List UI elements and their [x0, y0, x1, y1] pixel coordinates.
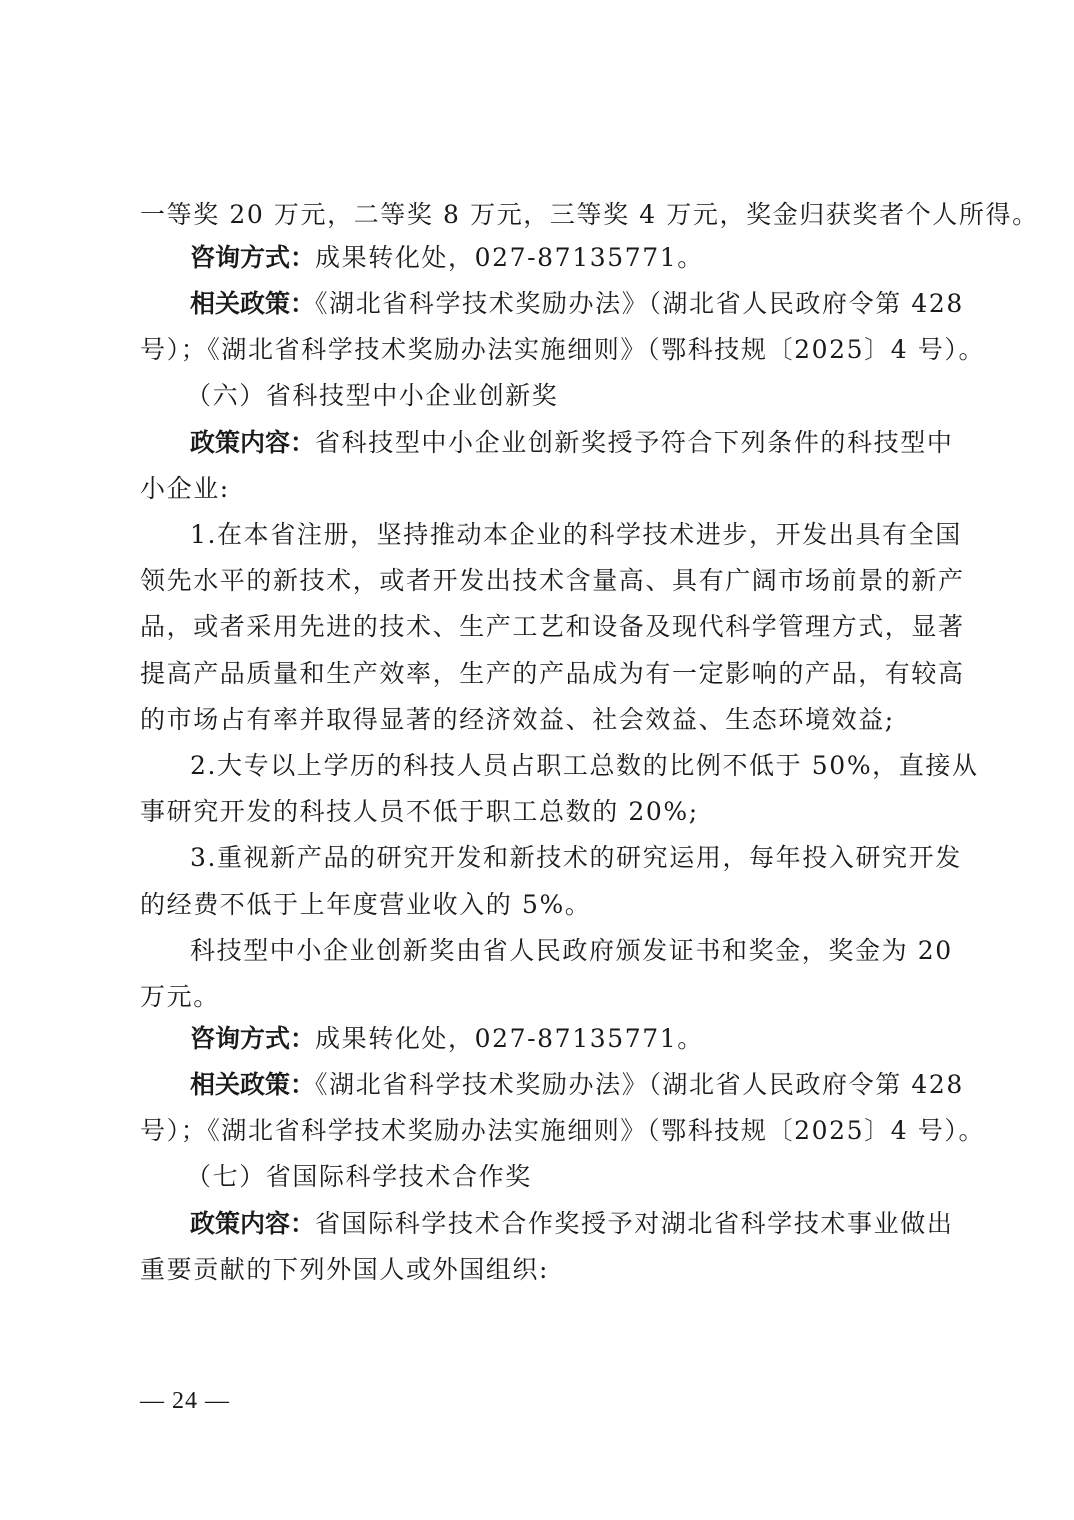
list-item-2: 2.大专以上学历的科技人员占职工总数的比例不低于 50%，直接从 [190, 751, 940, 781]
paragraph-line: 科技型中小企业创新奖由省人民政府颁发证书和奖金，奖金为 20 [190, 936, 940, 966]
section-heading-7: （七）省国际科学技术合作奖 [186, 1162, 986, 1192]
paragraph-line: 领先水平的新技术，或者开发出技术含量高、具有广阔市场前景的新产 [140, 566, 940, 596]
paragraph-line: 的市场占有率并取得显著的经济效益、社会效益、生态环境效益; [140, 705, 940, 735]
policy-line: 相关政策：《湖北省科学技术奖励办法》（湖北省人民政府令第 428 [190, 289, 940, 319]
policy-content-line: 政策内容：省国际科学技术合作奖授予对湖北省科学技术事业做出 [190, 1209, 940, 1239]
consult-line: 咨询方式：成果转化处，027-87135771。 [190, 243, 940, 273]
label-consult: 咨询方式： [190, 1024, 315, 1053]
paragraph-line: 小企业: [140, 474, 940, 504]
document-page: 一等奖 20 万元，二等奖 8 万元，三等奖 4 万元，奖金归获奖者个人所得。 … [0, 0, 1074, 1520]
paragraph-line: 品，或者采用先进的技术、生产工艺和设备及现代科学管理方式，显著 [140, 612, 940, 642]
paragraph-line: 号）；《湖北省科学技术奖励办法实施细则》（鄂科技规〔2025〕4 号）。 [140, 335, 940, 365]
label-content: 政策内容： [190, 1209, 315, 1238]
label-content: 政策内容： [190, 428, 315, 457]
policy-line: 相关政策：《湖北省科学技术奖励办法》（湖北省人民政府令第 428 [190, 1070, 940, 1100]
label-policy: 相关政策： [190, 289, 315, 318]
consult-text: 成果转化处，027-87135771。 [315, 1024, 704, 1053]
label-consult: 咨询方式： [190, 243, 315, 272]
section-heading-6: （六）省科技型中小企业创新奖 [186, 381, 986, 411]
content-text: 省科技型中小企业创新奖授予符合下列条件的科技型中 [315, 428, 953, 457]
paragraph-line: 万元。 [140, 982, 940, 1012]
list-item-3: 3.重视新产品的研究开发和新技术的研究运用，每年投入研究开发 [190, 843, 940, 873]
paragraph-line: 重要贡献的下列外国人或外国组织: [140, 1255, 940, 1285]
label-policy: 相关政策： [190, 1070, 315, 1099]
content-text: 省国际科学技术合作奖授予对湖北省科学技术事业做出 [315, 1209, 953, 1238]
policy-text: 《湖北省科学技术奖励办法》（湖北省人民政府令第 428 [315, 1070, 964, 1099]
policy-content-line: 政策内容：省科技型中小企业创新奖授予符合下列条件的科技型中 [190, 428, 940, 458]
paragraph-line: 事研究开发的科技人员不低于职工总数的 20%; [140, 797, 940, 827]
consult-line: 咨询方式：成果转化处，027-87135771。 [190, 1024, 940, 1054]
paragraph-line: 的经费不低于上年度营业收入的 5%。 [140, 890, 940, 920]
list-item-1: 1.在本省注册，坚持推动本企业的科学技术进步，开发出具有全国 [190, 520, 940, 550]
consult-text: 成果转化处，027-87135771。 [315, 243, 704, 272]
page-number: — 24 — [140, 1386, 230, 1416]
policy-text: 《湖北省科学技术奖励办法》（湖北省人民政府令第 428 [315, 289, 964, 318]
paragraph-line: 号）；《湖北省科学技术奖励办法实施细则》（鄂科技规〔2025〕4 号）。 [140, 1116, 940, 1146]
paragraph-line: 一等奖 20 万元，二等奖 8 万元，三等奖 4 万元，奖金归获奖者个人所得。 [140, 200, 940, 230]
paragraph-line: 提高产品质量和生产效率，生产的产品成为有一定影响的产品，有较高 [140, 659, 940, 689]
